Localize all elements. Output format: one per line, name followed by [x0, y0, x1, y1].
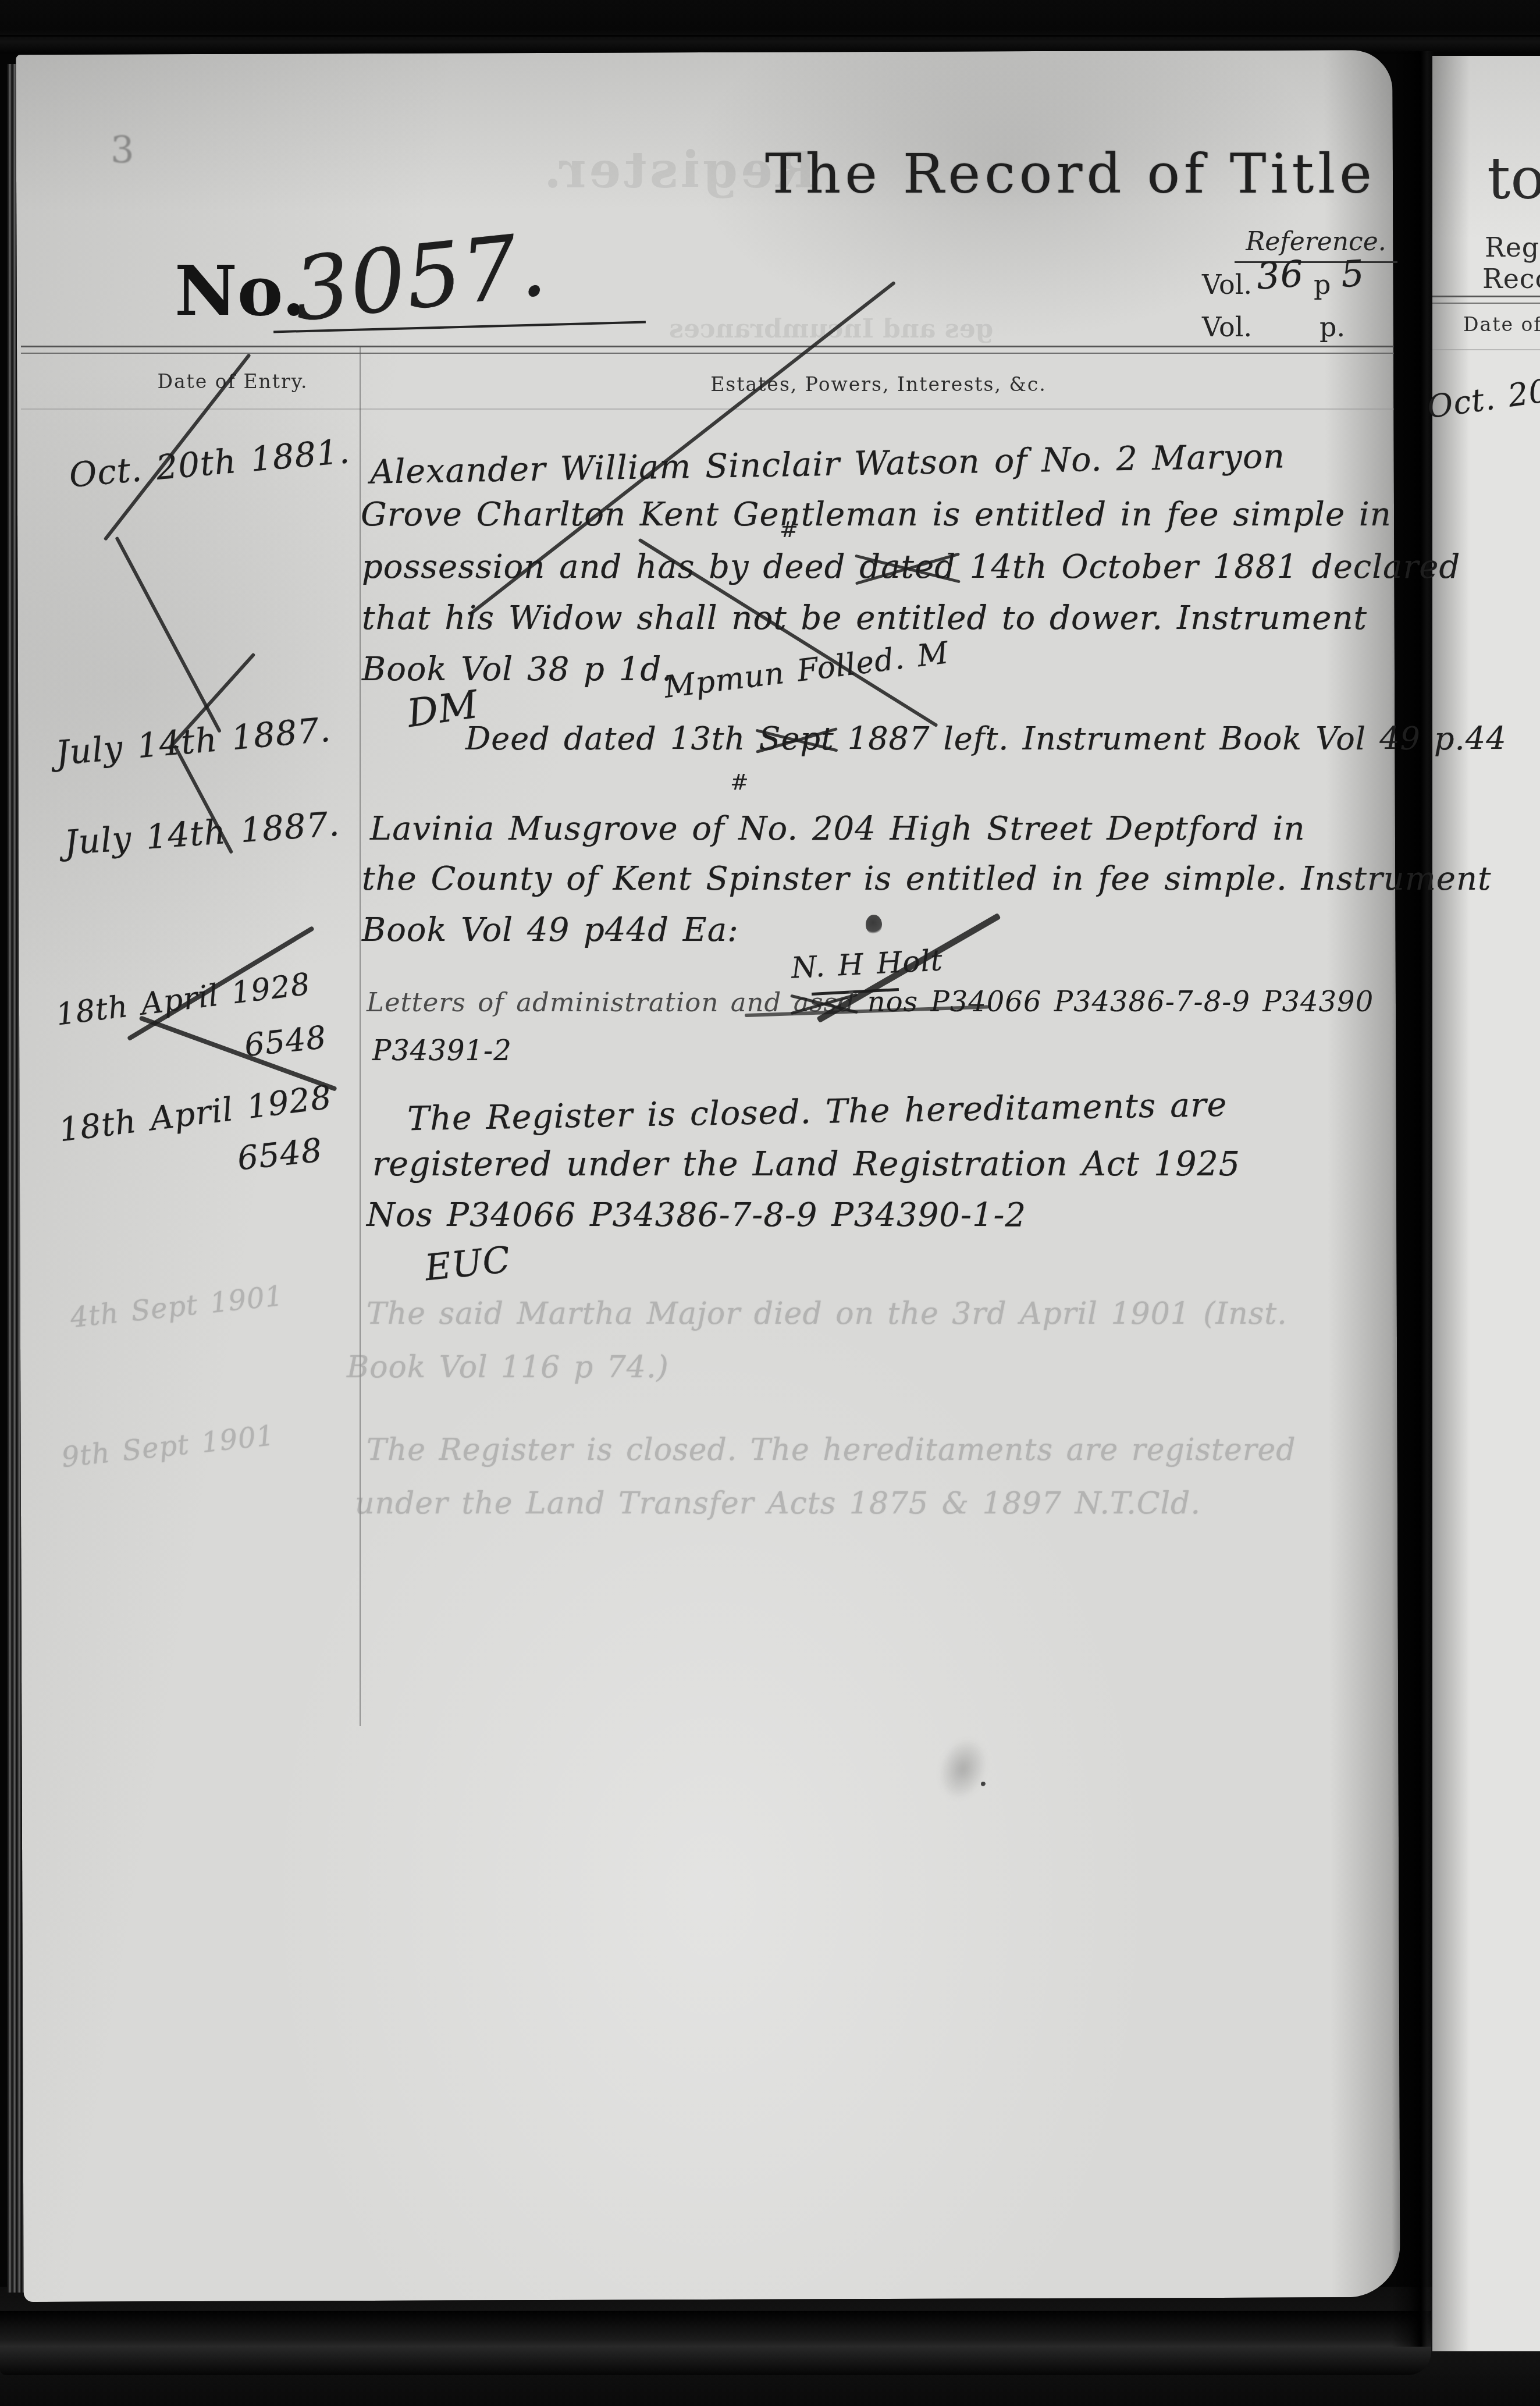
vol1-value: 36 — [1256, 252, 1306, 297]
faded-entry2-line1: The Register is closed. The hereditament… — [367, 1433, 1296, 1467]
page2-label: p. — [1320, 311, 1345, 343]
right-page-title-fragment: to — [1487, 144, 1540, 212]
entry1-line2: Grove Charlton Kent Gentleman is entitle… — [361, 496, 1392, 534]
right-page-column-header-fragment: Date of — [1463, 313, 1540, 336]
entry1-line3-pre: possession and has by deed — [362, 548, 859, 586]
number-label: No. — [175, 250, 306, 331]
vol2-label: Vol. — [1202, 311, 1252, 343]
entry5-line3: Nos P34066 P34386-7-8-9 P34390-1-2 — [367, 1196, 1026, 1234]
ink-speck — [981, 1782, 986, 1786]
column-header-estates: Estates, Powers, Interests, &c. — [593, 373, 1164, 396]
header-double-rule — [21, 346, 1394, 354]
faded-entry2-line2: under the Land Transfer Acts 1875 & 1897… — [355, 1486, 1201, 1521]
page1-label: p — [1314, 269, 1331, 300]
entry2-line1-struck-month: Sept — [759, 720, 834, 757]
correction-hash-mark-1: # — [780, 517, 798, 542]
page-title: The Record of Title — [721, 143, 1420, 206]
right-page-double-rule — [1432, 296, 1540, 304]
faded-entry1-line1: The said Martha Major died on the 3rd Ap… — [367, 1296, 1288, 1331]
entry2-line1-pre: Deed dated 13th — [465, 720, 759, 757]
entry1-line3-post: 14th October 1881 declared — [956, 548, 1460, 586]
entry3-line3: Book Vol 49 p44d Ea: — [362, 911, 739, 949]
ink-blot — [866, 915, 882, 934]
right-page-record-fragment: Reco — [1482, 263, 1540, 294]
entry4-line1-pre: Letters of administration and — [367, 987, 794, 1018]
header-light-rule — [21, 408, 1394, 410]
entry1-line5: Book Vol 38 p 1d. — [362, 651, 673, 688]
entry2-line1: Deed dated 13th Sept 1887 left. Instrume… — [465, 720, 1507, 757]
entry4-line2: P34391-2 — [372, 1035, 512, 1067]
page1-value: 5 — [1340, 252, 1366, 296]
faded-entry1-line2: Book Vol 116 p 74.) — [347, 1350, 669, 1385]
entry3-line2: the County of Kent Spinster is entitled … — [362, 860, 1492, 898]
scanned-register-page: { "stamp": { "page_number": "3" }, "head… — [0, 0, 1540, 2406]
entry2-line1-post: 1887 left. Instrument Book Vol 49 p.44 — [834, 720, 1507, 757]
entry5-line2: registered under the Land Registration A… — [372, 1145, 1240, 1184]
right-page-register-fragment: Regi — [1485, 232, 1540, 263]
vol1-label: Vol. — [1202, 269, 1252, 300]
right-page-light-rule — [1432, 349, 1540, 350]
entry5-initials: EUC — [423, 1238, 513, 1289]
entry4-line1-numbers: nos P34066 P34386-7-8-9 P34390 — [855, 986, 1374, 1018]
binding-seam — [0, 35, 1540, 37]
correction-hash-mark-2: # — [730, 769, 749, 795]
page-number-stamp: 3 — [111, 129, 134, 172]
entry1-line4: that his Widow shall not be entitled to … — [362, 599, 1367, 637]
book-binding-top — [0, 0, 1540, 54]
entry3-line1: Lavinia Musgrove of No. 204 High Street … — [370, 810, 1306, 848]
book-binding-bottom — [0, 2311, 1431, 2375]
entry1-line3-struck-word: dated — [859, 548, 956, 586]
